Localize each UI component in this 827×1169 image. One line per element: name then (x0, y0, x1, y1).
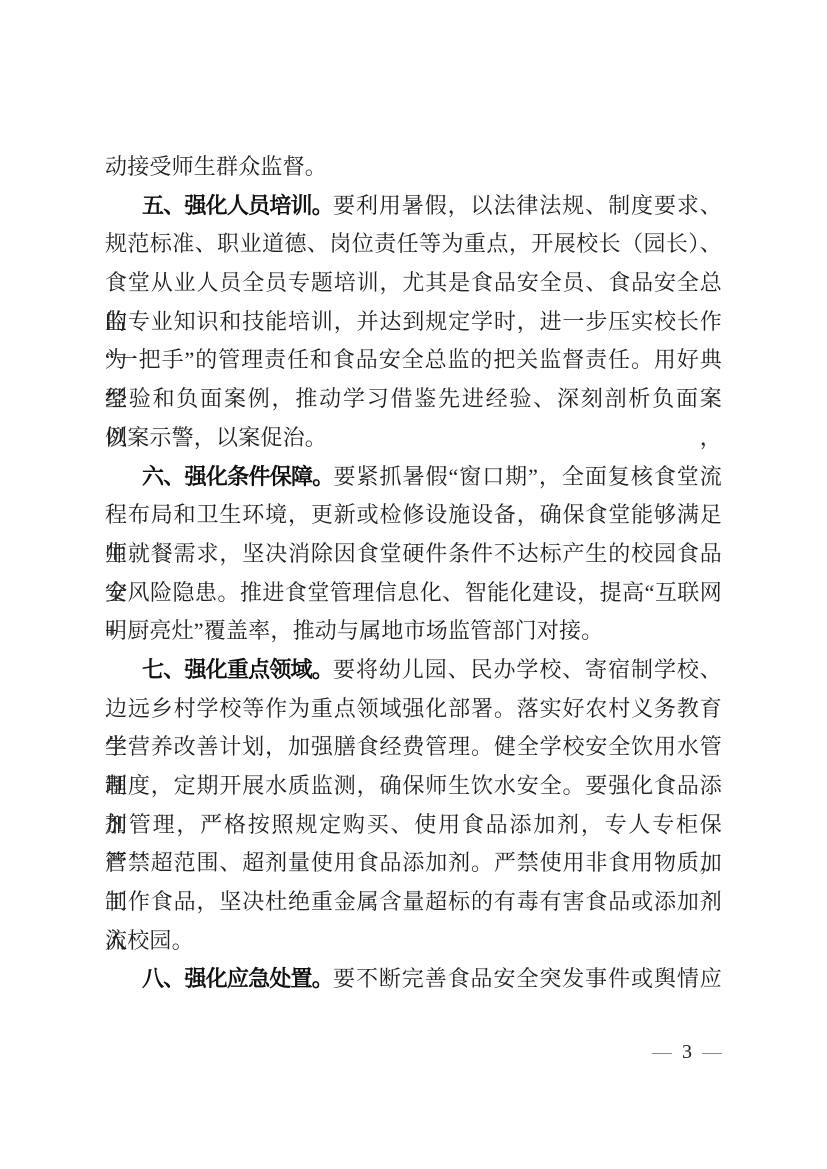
text-line: 全风险隐患。推进食堂管理信息化、智能化建设，提高“互联网+ (105, 574, 722, 613)
section-heading: 六、强化条件保障。 (142, 464, 334, 489)
footer-dash-left: — (652, 1041, 672, 1063)
text-line: 明厨亮灶”覆盖率，推动与属地市场监管部门对接。 (105, 612, 722, 651)
footer-dash-right: — (702, 1041, 722, 1063)
text-line: 入校园。 (105, 922, 722, 961)
text-line: 制作食品，坚决杜绝重金属含量超标的有毒有害食品或添加剂流 (105, 883, 722, 922)
text-line: 剂管理，严格按照规定购买、使用食品添加剂，专人专柜保管， (105, 806, 722, 845)
line-text: 要利用暑假，以法律法规、制度要求、 (333, 193, 722, 218)
line-text: 动接受师生群众监督。 (105, 154, 327, 179)
text-line: 严禁超范围、超剂量使用食品添加剂。严禁使用非食用物质加工 (105, 844, 722, 883)
text-line: 程布局和卫生环境，更新或检修设施设备，确保食堂能够满足师 (105, 496, 722, 535)
line-text: 要紧抓暑假“窗口期”，全面复核食堂流 (334, 464, 722, 489)
document-body: 动接受师生群众监督。五、强化人员培训。要利用暑假，以法律法规、制度要求、规范标准… (105, 148, 722, 999)
text-line: 的专业知识和技能培训，并达到规定学时，进一步压实校长作为 (105, 303, 722, 342)
text-line: 经验和负面案例，推动学习借鉴先进经验、深刻剖析负面案例， (105, 380, 722, 419)
text-line: 食堂从业人员全员专题培训，尤其是食品安全员、食品安全总监 (105, 264, 722, 303)
text-line: 边远乡村学校等作为重点领域强化部署。落实好农村义务教育学 (105, 690, 722, 729)
text-line: 生就餐需求，坚决消除因食堂硬件条件不达标产生的校园食品安 (105, 535, 722, 574)
paragraph-first-line: 五、强化人员培训。要利用暑假，以法律法规、制度要求、 (105, 187, 722, 226)
text-line: “一把手”的管理责任和食品安全总监的把关监督责任。用好典型 (105, 341, 722, 380)
line-text: 入校园。 (105, 928, 194, 953)
paragraph-first-line: 八、强化应急处置。要不断完善食品安全突发事件或舆情应 (105, 960, 722, 999)
line-text: 规范标准、职业道德、岗位责任等为重点，开展校长（园长）、 (105, 231, 722, 256)
section-heading: 五、强化人员培训。 (142, 193, 333, 218)
text-line: 制度，定期开展水质监测，确保师生饮水安全。要强化食品添加 (105, 767, 722, 806)
section-heading: 八、强化应急处置。 (142, 966, 333, 991)
page-number: 3 (682, 1038, 692, 1066)
line-text: 要将幼儿园、民办学校、寄宿制学校、 (333, 657, 722, 682)
line-text: 明厨亮灶”覆盖率，推动与属地市场监管部门对接。 (105, 618, 603, 643)
paragraph-first-line: 六、强化条件保障。要紧抓暑假“窗口期”，全面复核食堂流 (105, 458, 722, 497)
text-line: 生营养改善计划，加强膳食经费管理。健全学校安全饮用水管理 (105, 728, 722, 767)
page-footer: —3— (105, 1038, 722, 1066)
line-text: 以案示警，以案促治。 (105, 425, 327, 450)
section-heading: 七、强化重点领域。 (142, 657, 333, 682)
document-page: 动接受师生群众监督。五、强化人员培训。要利用暑假，以法律法规、制度要求、规范标准… (0, 0, 827, 1169)
text-line: 动接受师生群众监督。 (105, 148, 722, 187)
text-line: 规范标准、职业道德、岗位责任等为重点，开展校长（园长）、 (105, 225, 722, 264)
paragraph-first-line: 七、强化重点领域。要将幼儿园、民办学校、寄宿制学校、 (105, 651, 722, 690)
line-text: 要不断完善食品安全突发事件或舆情应 (333, 966, 722, 991)
